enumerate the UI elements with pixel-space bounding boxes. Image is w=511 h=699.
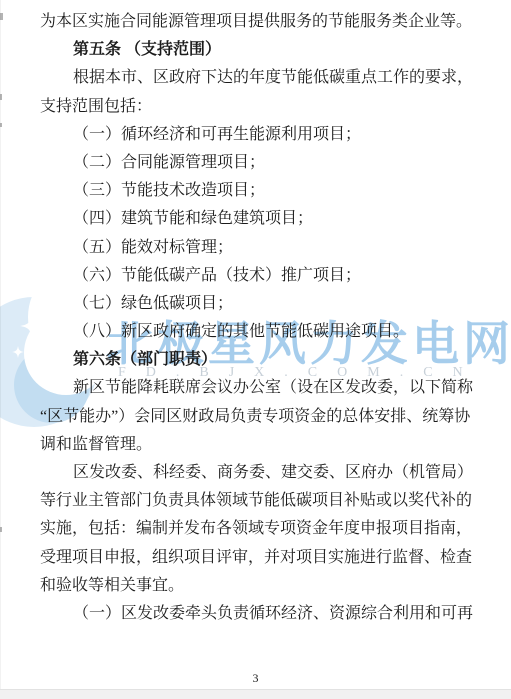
scan-artifact [0, 527, 2, 532]
doc-line: 调和监督管理。 [40, 431, 480, 459]
doc-line: （一）区发改委牵头负责循环经济、资源综合利用和可再 [40, 600, 480, 628]
doc-line-article-5-heading: 第五条 （支持范围） [40, 36, 480, 64]
document-body: 为本区实施合同能源管理项目提供服务的节能服务类企业等。 第五条 （支持范围） 根… [40, 8, 480, 628]
doc-line: 区发改委、科经委、商务委、建交委、区府办（机管局） [40, 459, 480, 487]
scan-artifact [0, 123, 2, 127]
doc-line-item-1: （一）循环经济和可再生能源利用项目； [40, 121, 480, 149]
doc-line: “区节能办”）会同区财政局负责专项资金的总体安排、统筹协 [40, 403, 480, 431]
scan-edge-strip [0, 689, 511, 699]
doc-line-article-6-heading: 第六条（部门职责） [40, 346, 480, 374]
doc-line-item-7: （七）绿色低碳项目； [40, 290, 480, 318]
scan-artifact [0, 94, 2, 100]
doc-line-item-5: （五）能效对标管理； [40, 234, 480, 262]
doc-line-item-6: （六）节能低碳产品（技术）推广项目； [40, 262, 480, 290]
doc-line-item-3: （三）节能技术改造项目； [40, 177, 480, 205]
doc-line: 为本区实施合同能源管理项目提供服务的节能服务类企业等。 [40, 8, 480, 36]
doc-line: 受理项目申报，组织项目评审，并对项目实施进行监督、检查 [40, 544, 480, 572]
page-number: 3 [0, 671, 511, 686]
doc-line: 支持范围包括： [40, 93, 480, 121]
doc-line-item-8: （八）新区政府确定的其他节能低碳用途项目。 [40, 318, 480, 346]
scan-edge-line [0, 0, 1, 690]
scan-artifact [0, 13, 3, 20]
doc-line: 根据本市、区政府下达的年度节能低碳重点工作的要求， [40, 64, 480, 92]
doc-line: 实施，包括：编制并发布各领域专项资金年度申报项目指南， [40, 515, 480, 543]
document-page: 北极星风力发电网 FD.BJX.COM.CN 为本区实施合同能源管理项目提供服务… [0, 0, 511, 699]
doc-line: 等行业主管部门负责具体领域节能低碳项目补贴或以奖代补的 [40, 487, 480, 515]
doc-line-item-4: （四）建筑节能和绿色建筑项目； [40, 205, 480, 233]
doc-line-item-2: （二）合同能源管理项目； [40, 149, 480, 177]
doc-line: 新区节能降耗联席会议办公室（设在区发改委，以下简称 [40, 374, 480, 402]
doc-line: 和验收等相关事宜。 [40, 572, 480, 600]
